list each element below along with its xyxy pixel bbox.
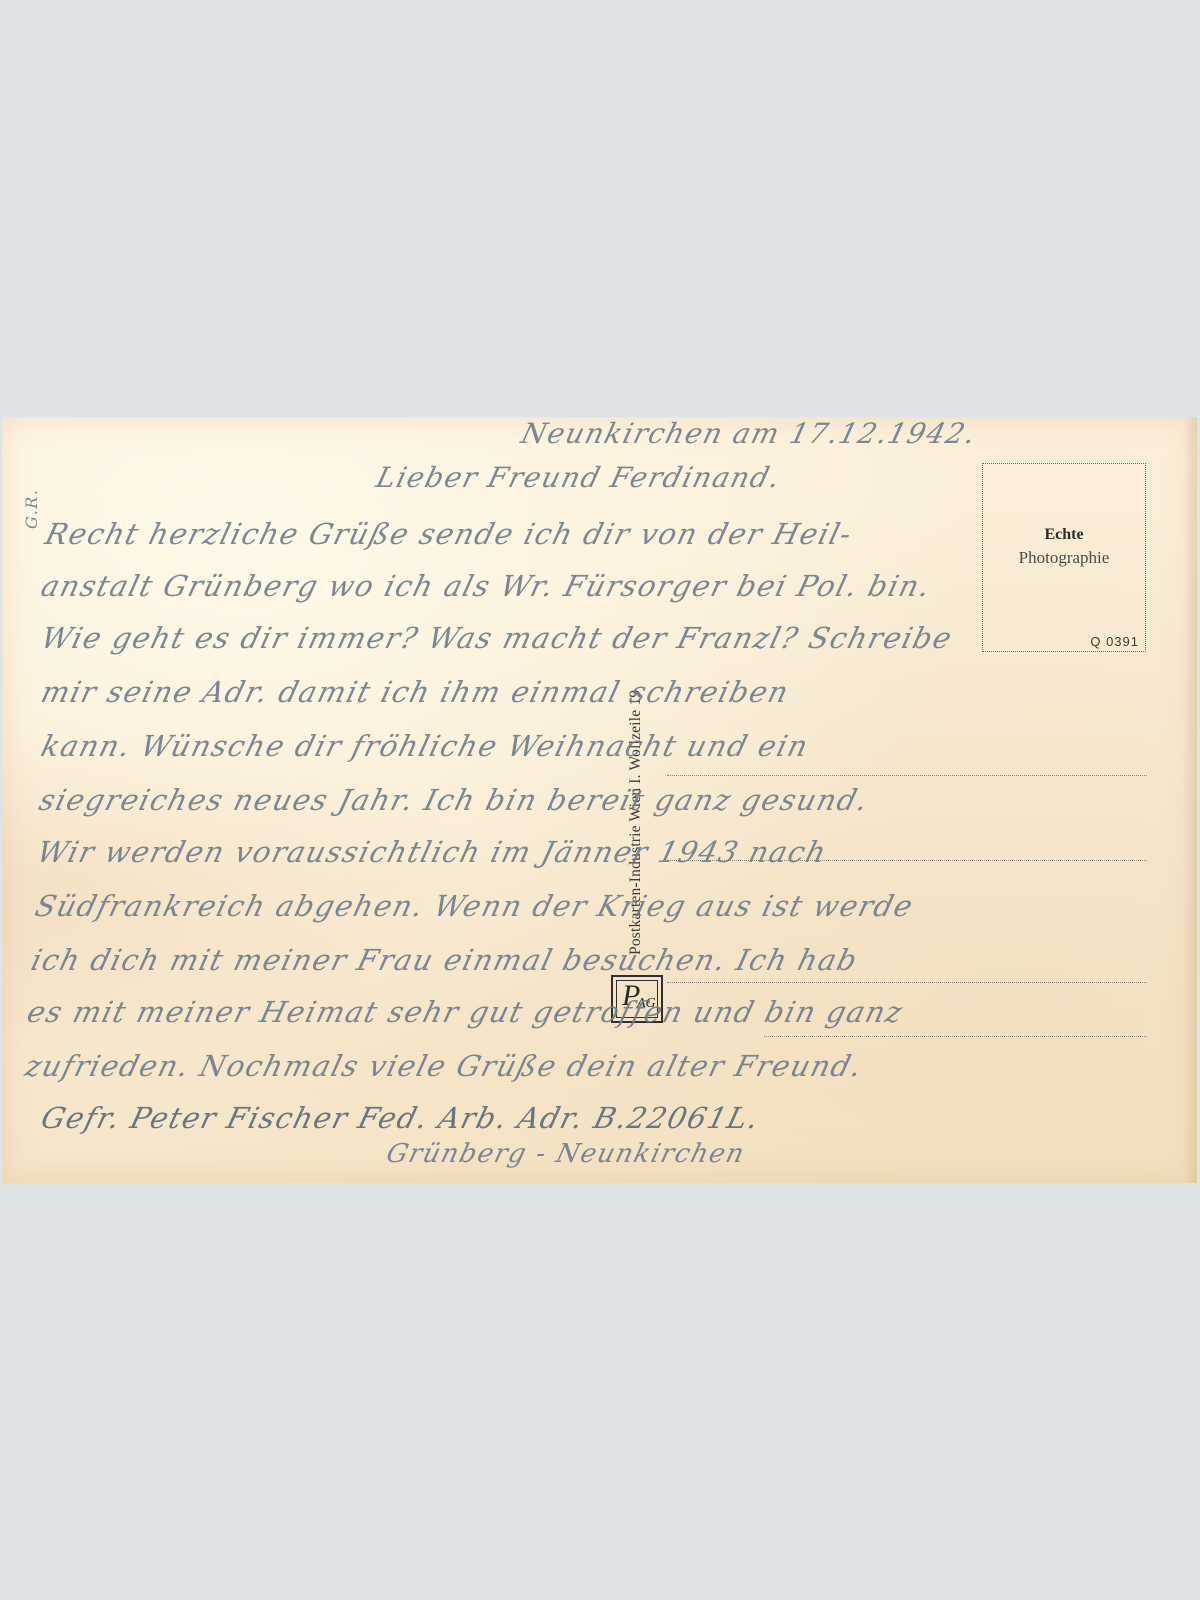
- handwriting-place-date: Neunkirchen am 17.12.1942.: [518, 417, 980, 450]
- handwriting-line: es mit meiner Heimat sehr gut getroffen …: [24, 995, 907, 1029]
- handwriting-line: Südfrankreich abgehen. Wenn der Krieg au…: [32, 889, 918, 923]
- handwriting-line: mir seine Adr. damit ich ihm einmal schr…: [38, 675, 793, 709]
- handwriting-line: ich dich mit meiner Frau einmal besuchen…: [28, 943, 862, 977]
- handwriting-sender-address: Gefr. Peter Fischer Fed. Arb. Adr. B.220…: [38, 1101, 764, 1135]
- handwriting-line: Wie geht es dir immer? Was macht der Fra…: [38, 621, 957, 655]
- handwriting-line: Recht herzliche Grüße sende ich dir von …: [42, 517, 856, 551]
- stamp-box: Echte Photographie Q 0391: [982, 463, 1146, 652]
- handwriting-line: anstalt Grünberg wo ich als Wr. Fürsorge…: [38, 569, 935, 603]
- handwriting-salutation: Lieber Freund Ferdinand.: [373, 461, 785, 494]
- handwriting-line: Wir werden voraussichtlich im Jänner 194…: [34, 835, 831, 869]
- handwriting-line: siegreiches neues Jahr. Ich bin bereit g…: [36, 783, 873, 817]
- address-line-4: [764, 1036, 1147, 1037]
- stamp-code: Q 0391: [1090, 634, 1139, 649]
- handwriting-line: kann. Wünsche dir fröhliche Weihnacht un…: [38, 729, 813, 763]
- address-line-3: [667, 982, 1147, 983]
- stamp-label-echte: Echte: [983, 526, 1145, 544]
- postcard: G.R. Echte Photographie Q 0391 Postkarte…: [2, 417, 1197, 1183]
- stamp-label-photographie: Photographie: [983, 548, 1145, 568]
- handwriting-line: zufrieden. Nochmals viele Grüße dein alt…: [22, 1049, 867, 1083]
- margin-note: G.R.: [22, 489, 41, 529]
- address-line-1: [667, 775, 1147, 776]
- handwriting-sender-location: Grünberg - Neunkirchen: [383, 1139, 748, 1169]
